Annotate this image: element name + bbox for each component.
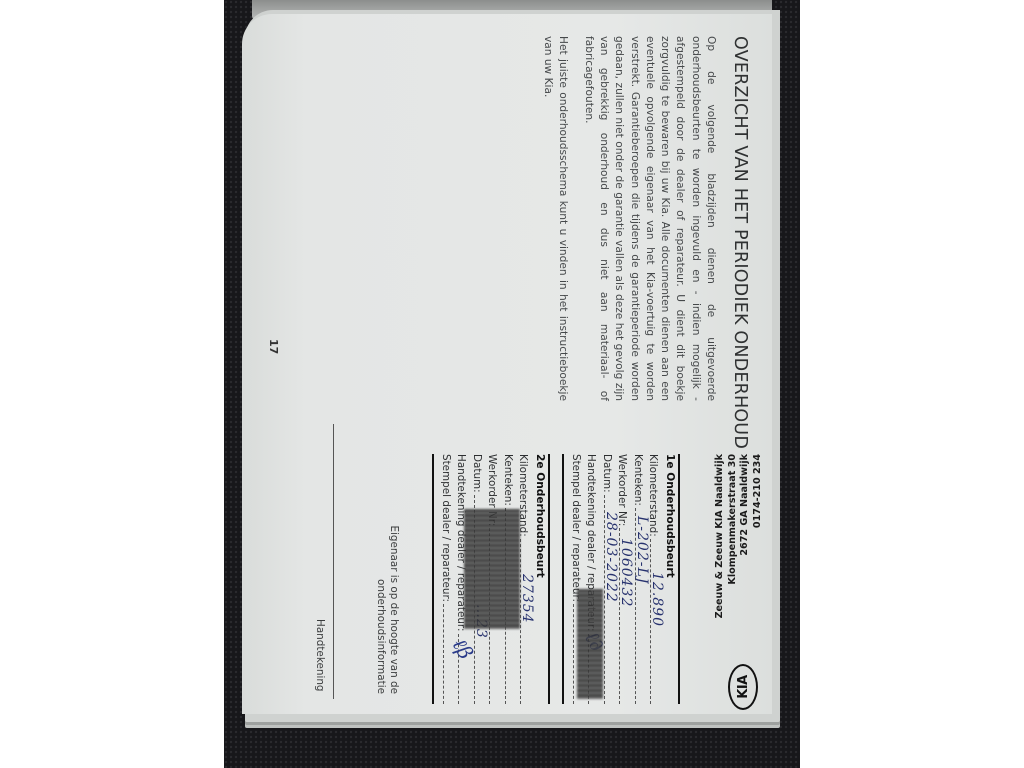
intro-paragraph: Het juiste onderhoudsschema kunt u vinde…: [540, 36, 571, 401]
kia-logo-icon: KIA: [728, 664, 758, 710]
field-label: Kenteken:: [502, 454, 514, 506]
redacted-stamp: [578, 589, 604, 699]
redacted-stamp: [464, 509, 520, 629]
service-entry-1: 1e Onderhoudsbeurt Kilometerstand: 12.89…: [562, 454, 680, 704]
field-line: [573, 604, 575, 704]
owner-acknowledgement: Eigenaar is op de hoogte van de onderhou…: [374, 454, 400, 694]
field-label: Datum:: [601, 454, 613, 493]
intro-paragraph: Op de volgende bladzijden dienen de uitg…: [580, 36, 718, 401]
divider: [562, 454, 564, 704]
field-label: Stempel dealer / reparateur:: [570, 454, 582, 602]
dealer-city: 2672 GA Naaldwijk: [739, 454, 752, 659]
divider: [678, 454, 680, 704]
service-heading: 1e Onderhoudsbeurt: [664, 454, 676, 704]
dealer-stamp: Zeeuw & Zeeuw KIA Naaldwijk Klompenmaker…: [686, 454, 766, 704]
service-entry-2: 2e Onderhoudsbeurt Kilometerstand: 27354…: [432, 454, 550, 704]
signature-line: [333, 424, 334, 699]
page-content: OVERZICHT VAN HET PERIODIEK ONDERHOUD Op…: [242, 14, 772, 714]
handwritten-value: 28-03-2022: [603, 512, 619, 603]
dealer-street: Klompenmakerstraat 30: [727, 454, 740, 659]
handwritten-value: 1060432: [619, 538, 635, 607]
service-heading: 2e Onderhoudsbeurt: [534, 454, 546, 704]
field-label: Stempel dealer / reparateur:: [440, 454, 452, 602]
maintenance-booklet-page: OVERZICHT VAN HET PERIODIEK ONDERHOUD Op…: [242, 14, 772, 714]
field-stempel: Stempel dealer / reparateur:: [570, 454, 586, 704]
dealer-address: Zeeuw & Zeeuw KIA Naaldwijk Klompenmaker…: [714, 454, 764, 659]
divider: [432, 454, 434, 704]
dealer-name: Zeeuw & Zeeuw KIA Naaldwijk: [714, 454, 727, 659]
dealer-phone: 0174-210 234: [752, 454, 765, 659]
signature-label: Handtekening: [314, 619, 326, 692]
handwritten-value: 27354: [520, 574, 536, 624]
field-label: Kenteken:: [632, 454, 644, 506]
handwritten-value: L-202-LJ: [634, 516, 650, 584]
field-stempel: Stempel dealer / reparateur:: [440, 454, 456, 704]
intro-text: Op de volgende bladzijden dienen de uitg…: [530, 36, 718, 401]
field-line: [443, 604, 445, 704]
page-number: 17: [267, 339, 280, 354]
divider: [548, 454, 550, 704]
page-title: OVERZICHT VAN HET PERIODIEK ONDERHOUD: [730, 36, 750, 449]
field-label: Datum:: [471, 454, 483, 493]
handwritten-value: 12.890: [650, 572, 666, 627]
